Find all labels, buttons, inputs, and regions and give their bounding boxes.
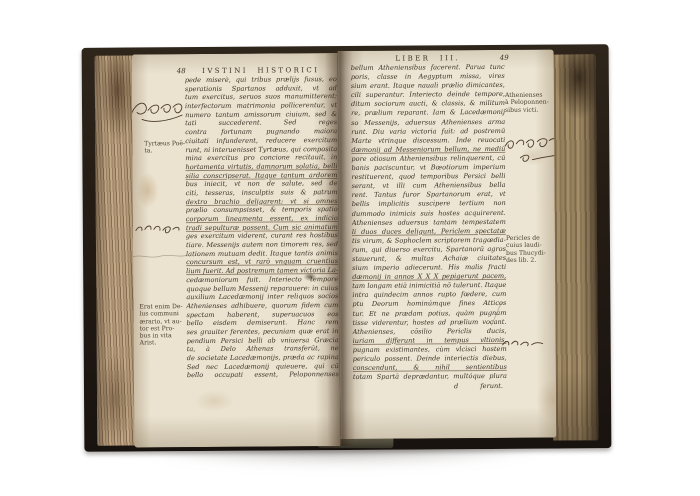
handwritten-scribble-left xyxy=(132,250,190,262)
open-book: 48 IVSTINI HISTORICI pede miserè, qui tr… xyxy=(82,44,612,452)
margin-note-tyrtaeus: Tyrtæus Poë-ta. xyxy=(144,140,185,155)
text-line: cedæmoniorum fuit. Interiecto tempore te… xyxy=(186,275,338,285)
catchword: ferunt. xyxy=(480,382,503,391)
left-text-block: pede miserè, qui tribus prælijs fusus, e… xyxy=(185,75,339,380)
margin-note-line: ta. xyxy=(144,147,185,155)
margin-note-line: Tyrtæus Poë- xyxy=(144,140,185,148)
text-line: dummodo inimicis suis hostes acquirerent… xyxy=(352,208,506,218)
margin-note-line: bus Thucydi- xyxy=(506,249,546,257)
margin-note-line: à Peloponnen- xyxy=(505,99,549,107)
stray-ink-mark xyxy=(488,301,504,327)
margin-note-delos: Erat enim De-lus communiærario, vt au-to… xyxy=(139,303,182,347)
margin-note-line: sibus victi. xyxy=(505,106,549,114)
margin-note-line: cuius laudi- xyxy=(506,242,546,250)
handwritten-annotation-right-top xyxy=(502,133,556,167)
text-line: ptu Deorum hominúmque fines Atticos popu… xyxy=(352,299,506,309)
right-page-number: 49 xyxy=(500,54,509,62)
left-page-number: 48 xyxy=(177,67,186,75)
text-line: re, prælium reparant. Iam & Lacedæmonij … xyxy=(351,108,505,118)
text-line: totam Spartā deprædantur, multóque plura… xyxy=(353,372,507,382)
margin-note-line: ærario, vt au- xyxy=(139,318,182,326)
text-line: bello occupati essent, Peloponnenses imm… xyxy=(187,370,339,380)
text-line: ciuitati infunderent, reducere exercitum… xyxy=(185,136,337,146)
handwritten-annotation-left-middle xyxy=(133,221,183,235)
margin-note-pericles: Pericles decuius laudi-bus Thucydi-des l… xyxy=(506,235,546,264)
signature-and-catchword-line: d ferunt. xyxy=(353,382,503,392)
margin-note-line: Arist. xyxy=(140,340,183,348)
right-page-block-edge xyxy=(551,54,599,440)
foxing-stain xyxy=(536,379,556,419)
margin-note-line: lus communi xyxy=(139,310,182,318)
handwritten-annotation-right-lower xyxy=(500,337,546,349)
right-running-header-text: LIBER III. xyxy=(395,54,460,62)
left-running-header-text: IVSTINI HISTORICI xyxy=(202,66,319,75)
photo-background: 48 IVSTINI HISTORICI pede miserè, qui tr… xyxy=(0,0,700,496)
signature-mark: d xyxy=(454,382,458,391)
right-page: LIBER III. 49 bellum Atheniensibus facer… xyxy=(338,50,557,439)
foxing-stain xyxy=(194,390,234,412)
margin-note-line: des lib. 2. xyxy=(506,257,546,265)
text-line: bellis implicitis suscipere tertium non … xyxy=(352,199,506,209)
foxing-stain xyxy=(136,172,158,208)
right-text-block: bellum Atheniensibus facerent. Parua tun… xyxy=(351,63,507,382)
left-page: 48 IVSTINI HISTORICI pede miserè, qui tr… xyxy=(132,53,341,447)
margin-note-athenienses: Atheniensesà Peloponnen-sibus victi. xyxy=(505,92,549,114)
handwritten-annotation-left-top xyxy=(132,92,191,132)
